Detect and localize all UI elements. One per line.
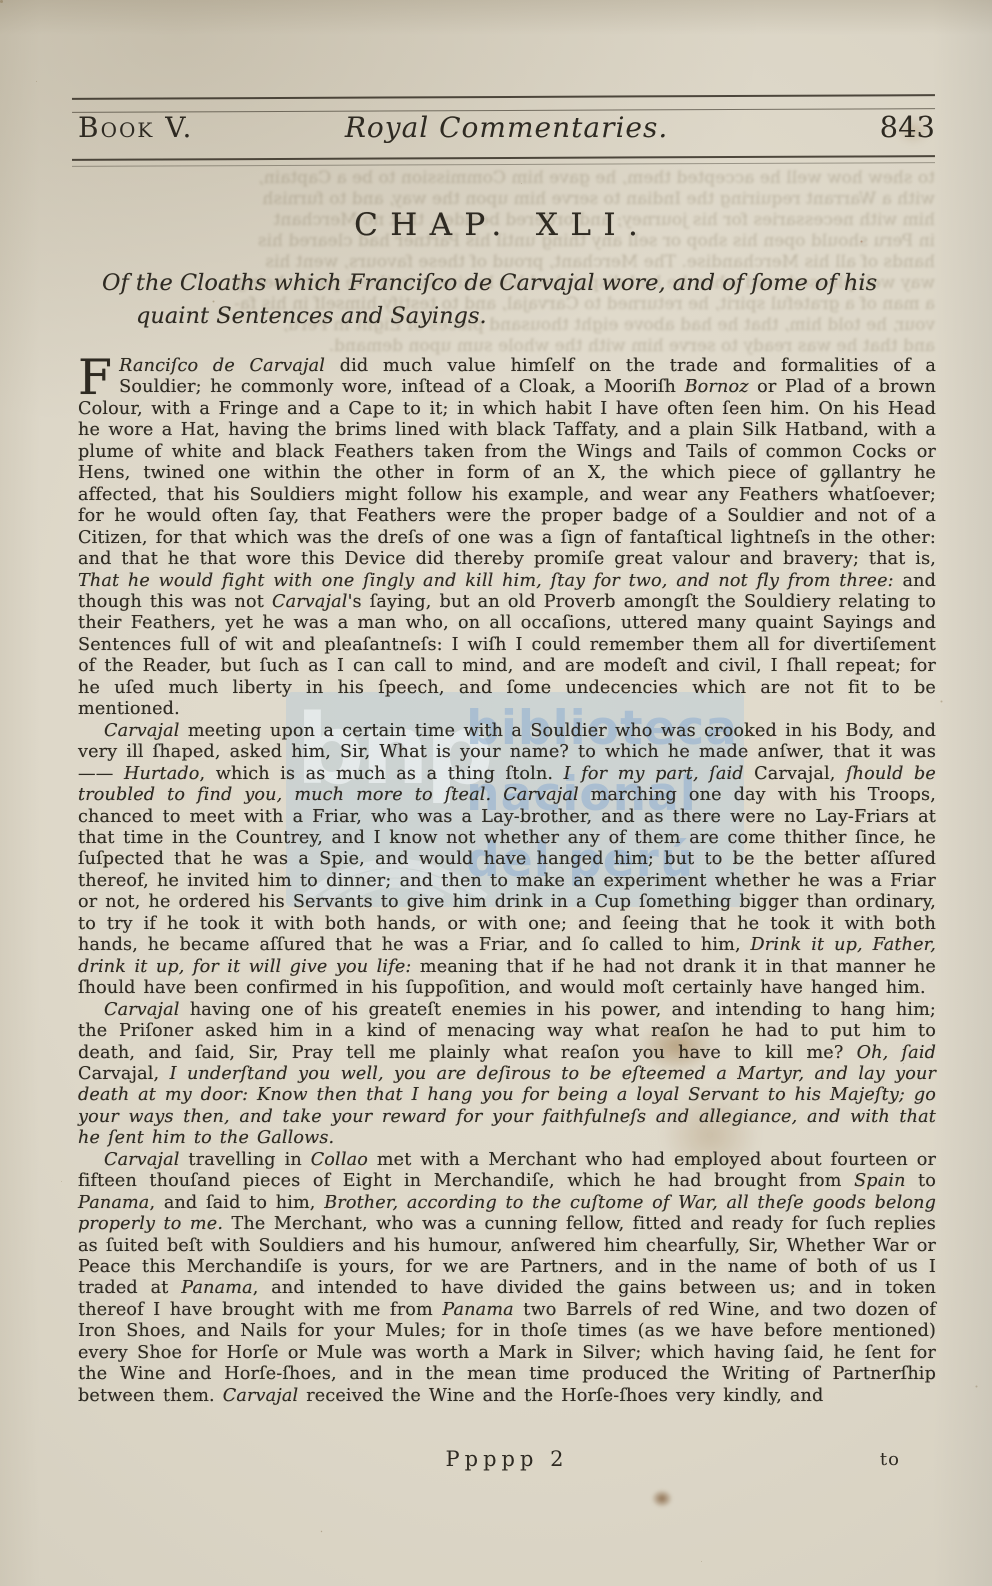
text-segment: having one of his greateſt enemies in hi…: [78, 1000, 936, 1063]
bleedthrough-line: and that he was ready to serve him with …: [80, 336, 935, 356]
text-segment: Panama: [442, 1300, 513, 1320]
text-segment: Oh, ſaid: [857, 1043, 936, 1063]
running-title: Royal Commentaries.: [193, 111, 879, 144]
text-segment: Panama: [181, 1278, 252, 1298]
paragraph: Carvajal having one of his greateſt enem…: [78, 1000, 936, 1150]
text-segment: Carvajal,: [754, 764, 846, 784]
text-segment: Ranciſco de Carvajal: [119, 356, 325, 376]
running-header: Book V. Royal Commentaries. 843: [78, 110, 935, 144]
signature-mark: Ppppp 2: [446, 1447, 569, 1471]
text-segment: Hurtado: [124, 764, 200, 784]
text-segment: Carvajal: [104, 1150, 180, 1170]
header-bottom-rule: [72, 155, 935, 167]
text-segment: Carvajal: [223, 1386, 299, 1406]
text-segment: , and ſaid to him,: [149, 1193, 324, 1213]
text-segment: marching one day with his Troops, chance…: [78, 785, 936, 955]
page-number: 843: [880, 110, 935, 144]
text-segment: to: [906, 1171, 936, 1191]
ink-spot: [652, 1490, 672, 1507]
book-label: Book V.: [78, 111, 193, 144]
text-segment: That he would fight with one ſingly and …: [78, 571, 902, 591]
page-footer: Ppppp 2 to: [78, 1447, 936, 1471]
drop-cap: F: [78, 356, 119, 397]
text-segment: Carvajal: [272, 592, 348, 612]
paragraph: Carvajal travelling in Collao met with a…: [78, 1150, 936, 1407]
text-segment: Carvajal: [104, 721, 180, 741]
body-text: FRanciſco de Carvajal did much value him…: [78, 356, 936, 1407]
text-segment: Of the Cloaths which: [102, 270, 349, 296]
catchword: to: [880, 1449, 900, 1470]
text-segment: Carvajal: [104, 1000, 180, 1020]
text-segment: Panama: [78, 1193, 149, 1213]
text-segment: Franciſco de Carvajal: [349, 270, 602, 296]
text-segment: travelling in: [180, 1150, 311, 1170]
book-page-scan: to shew how well he accepted them, he ga…: [0, 0, 992, 1586]
text-segment: I for my part, ſaid: [564, 764, 755, 784]
bleedthrough-line: to shew how well he accepted them, he ga…: [80, 168, 935, 189]
text-segment: Bornoz: [685, 377, 749, 397]
text-segment: I underſtand you well, you are deſirous …: [78, 1064, 936, 1148]
text-segment: or Plad of a brown Colour, with a Fringe…: [78, 377, 936, 569]
paper-specks: [0, 0, 3, 3]
paragraph: Carvajal meeting upon a certain time wit…: [78, 721, 936, 1000]
text-segment: Collao: [311, 1150, 368, 1170]
chapter-heading: CHAP. XLI.: [0, 207, 992, 243]
text-segment: Spain: [854, 1171, 906, 1191]
chapter-subtitle: Of the Cloaths which Franciſco de Carvaj…: [102, 267, 942, 333]
paragraph: FRanciſco de Carvajal did much value him…: [78, 356, 936, 721]
text-segment: , which is as much as a thing ſtoln.: [200, 764, 564, 784]
text-segment: received the Wine and the Horſe-ſhoes ve…: [298, 1386, 823, 1406]
text-segment: Carvajal,: [78, 1064, 170, 1084]
